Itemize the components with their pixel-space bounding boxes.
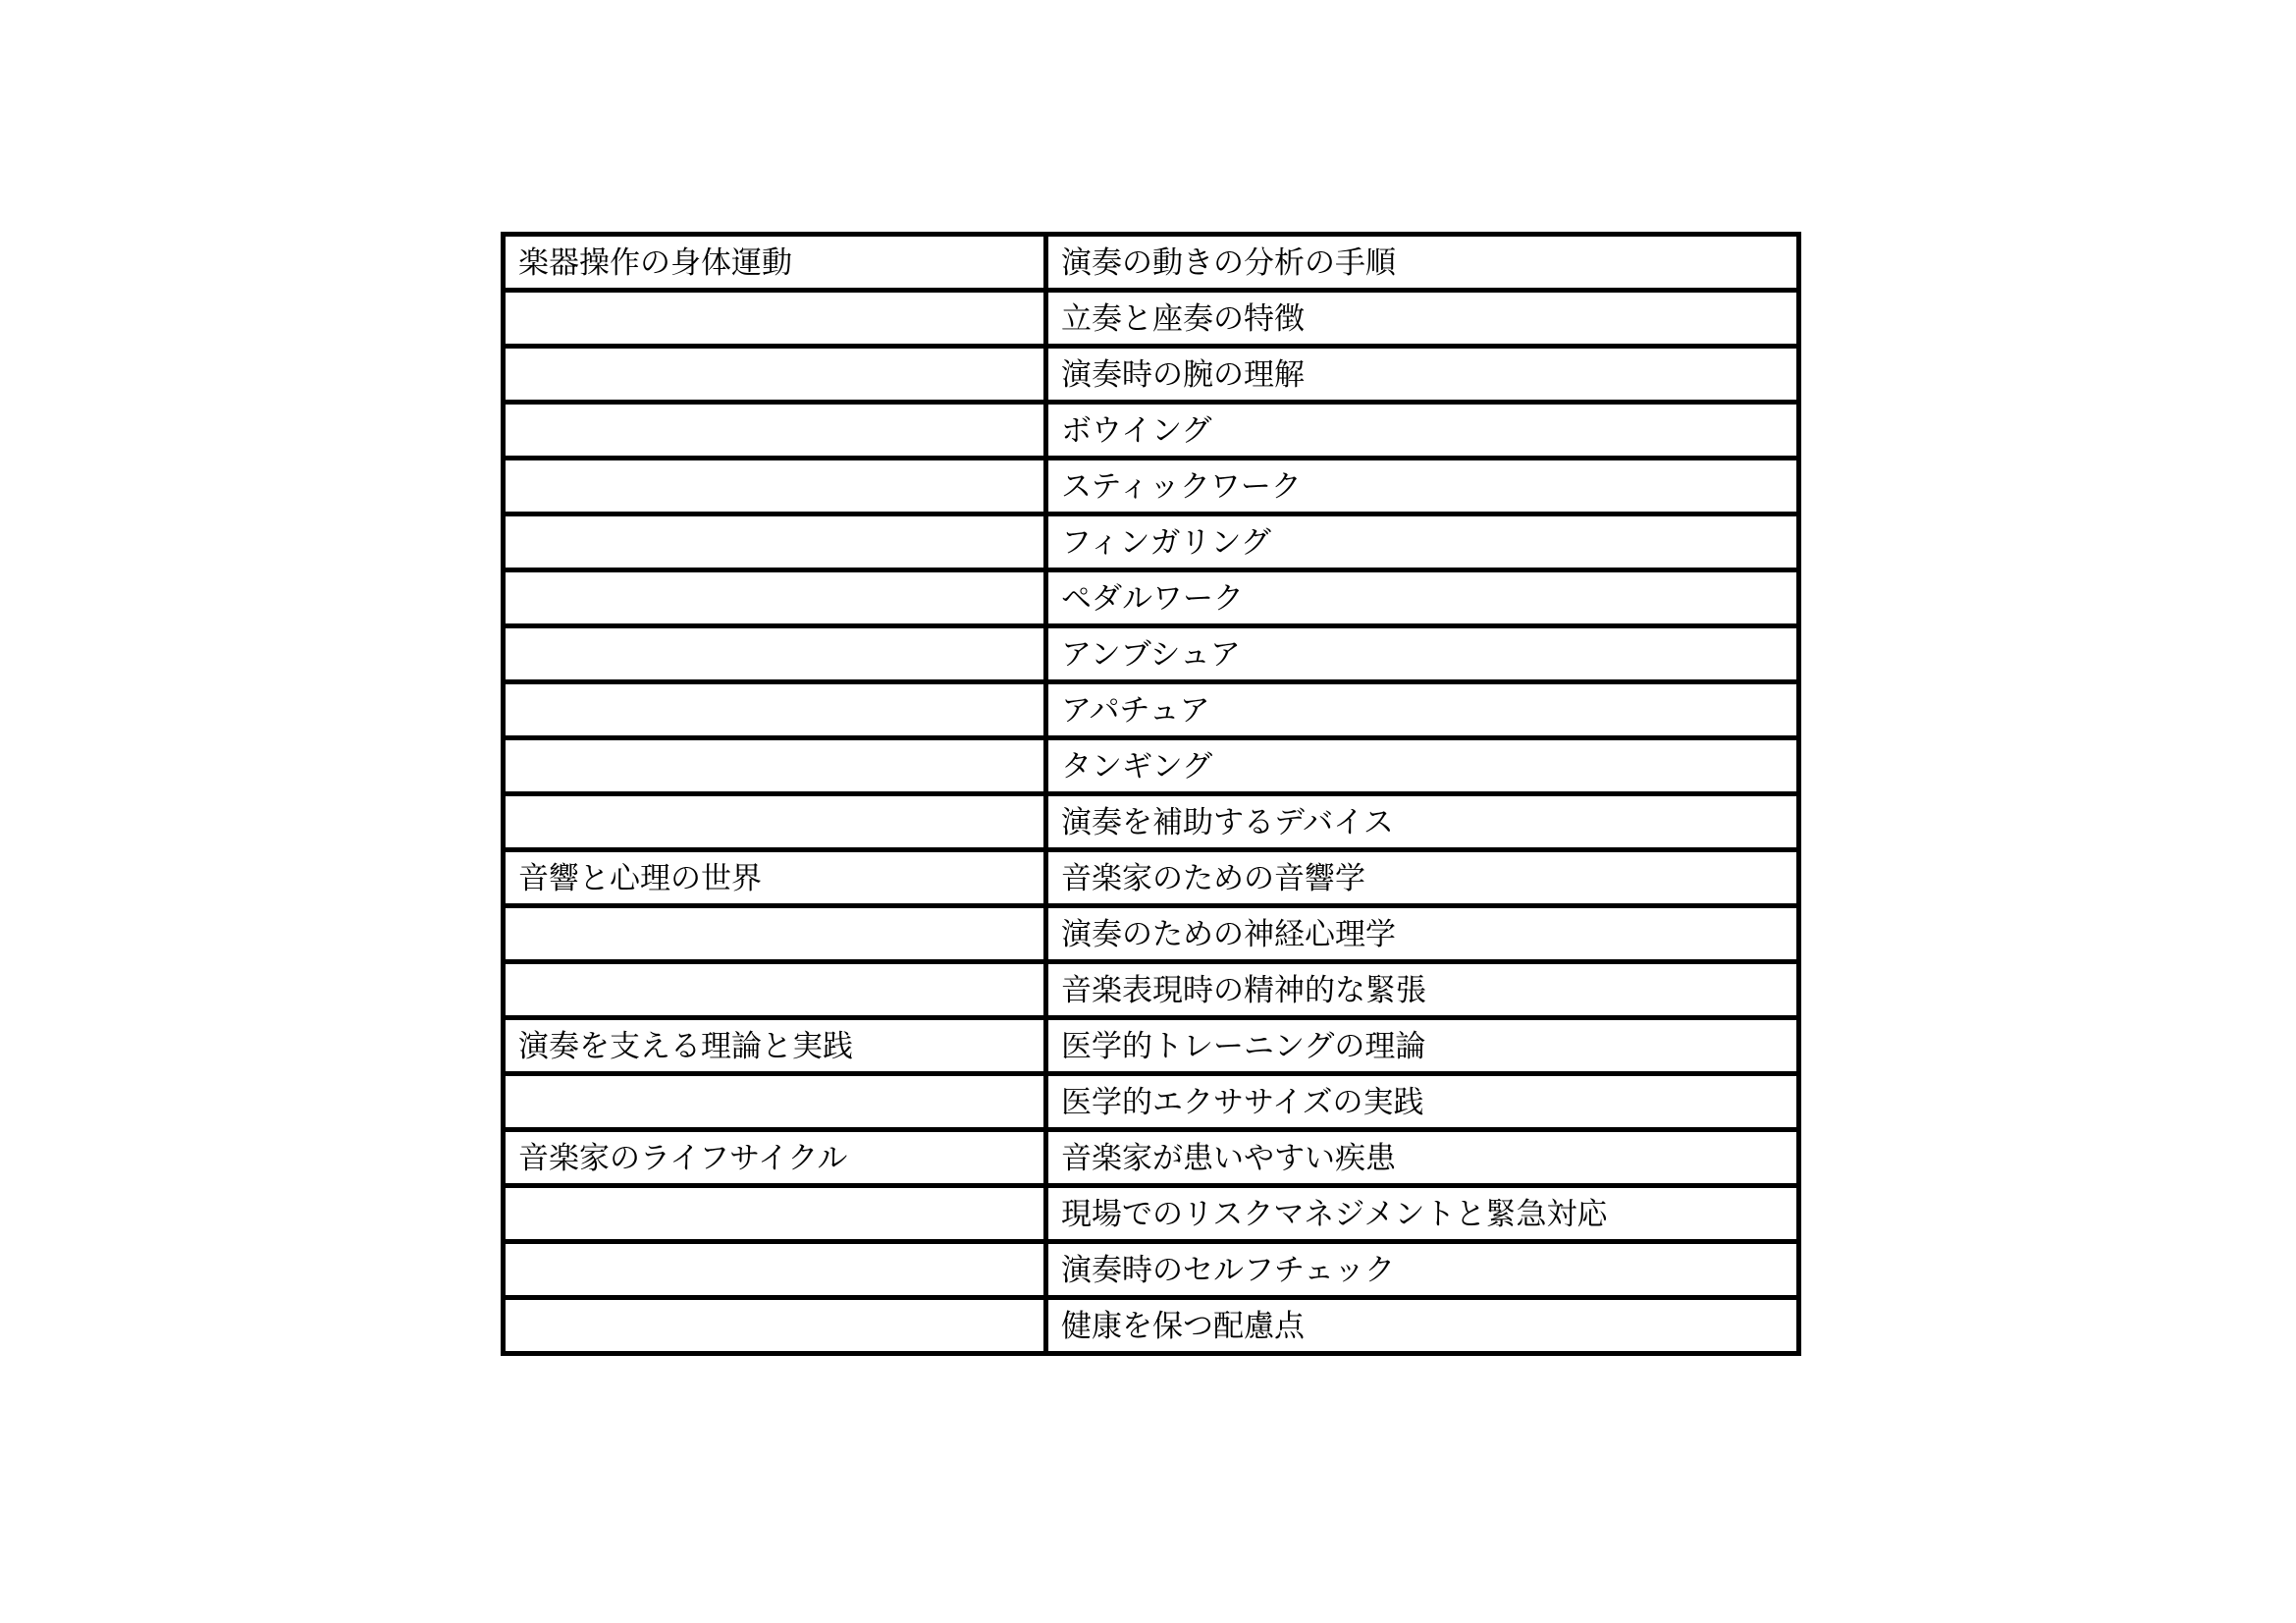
category-cell <box>504 291 1046 347</box>
category-cell <box>504 626 1046 682</box>
table-row: 音響と心理の世界 音楽家のための音響学 <box>504 850 1799 906</box>
table-row: 楽器操作の身体運動 演奏の動きの分析の手順 <box>504 235 1799 291</box>
table-row: 健康を保つ配慮点 <box>504 1298 1799 1354</box>
topic-cell: 演奏時の腕の理解 <box>1046 347 1799 403</box>
category-cell <box>504 794 1046 850</box>
table-row: 演奏を支える理論と実践 医学的トレーニングの理論 <box>504 1018 1799 1074</box>
category-cell <box>504 570 1046 626</box>
category-cell <box>504 403 1046 459</box>
topic-cell: 演奏のための神経心理学 <box>1046 906 1799 962</box>
topic-cell: 演奏の動きの分析の手順 <box>1046 235 1799 291</box>
topic-cell: 演奏時のセルフチェック <box>1046 1242 1799 1298</box>
table-row: 音楽表現時の精神的な緊張 <box>504 962 1799 1018</box>
category-cell <box>504 738 1046 794</box>
table-row: 音楽家のライフサイクル 音楽家が患いやすい疾患 <box>504 1130 1799 1186</box>
topic-cell: アパチュア <box>1046 682 1799 738</box>
topic-cell: 立奏と座奏の特徴 <box>1046 291 1799 347</box>
category-cell: 演奏を支える理論と実践 <box>504 1018 1046 1074</box>
topic-cell: フィンガリング <box>1046 514 1799 570</box>
category-cell <box>504 347 1046 403</box>
category-cell <box>504 1242 1046 1298</box>
topic-cell: ペダルワーク <box>1046 570 1799 626</box>
topic-cell: タンギング <box>1046 738 1799 794</box>
table-row: 演奏のための神経心理学 <box>504 906 1799 962</box>
table-row: ボウイング <box>504 403 1799 459</box>
category-cell <box>504 906 1046 962</box>
category-cell <box>504 962 1046 1018</box>
category-cell <box>504 1186 1046 1242</box>
category-cell: 音響と心理の世界 <box>504 850 1046 906</box>
topic-cell: 演奏を補助するデバイス <box>1046 794 1799 850</box>
topic-cell: スティックワーク <box>1046 459 1799 514</box>
table-row: 演奏を補助するデバイス <box>504 794 1799 850</box>
table-row: アパチュア <box>504 682 1799 738</box>
topic-cell: ボウイング <box>1046 403 1799 459</box>
category-cell <box>504 682 1046 738</box>
table-row: 演奏時のセルフチェック <box>504 1242 1799 1298</box>
topic-cell: 医学的エクササイズの実践 <box>1046 1074 1799 1130</box>
table-row: 現場でのリスクマネジメントと緊急対応 <box>504 1186 1799 1242</box>
table-row: アンブシュア <box>504 626 1799 682</box>
topic-cell: 音楽家が患いやすい疾患 <box>1046 1130 1799 1186</box>
category-cell <box>504 459 1046 514</box>
table-row: ペダルワーク <box>504 570 1799 626</box>
document-page: 楽器操作の身体運動 演奏の動きの分析の手順 立奏と座奏の特徴 演奏時の腕の理解 … <box>0 0 2296 1623</box>
topic-cell: 現場でのリスクマネジメントと緊急対応 <box>1046 1186 1799 1242</box>
table-row: 立奏と座奏の特徴 <box>504 291 1799 347</box>
table-row: 医学的エクササイズの実践 <box>504 1074 1799 1130</box>
category-cell: 音楽家のライフサイクル <box>504 1130 1046 1186</box>
category-cell <box>504 1298 1046 1354</box>
contents-table: 楽器操作の身体運動 演奏の動きの分析の手順 立奏と座奏の特徴 演奏時の腕の理解 … <box>501 232 1801 1356</box>
topic-cell: 健康を保つ配慮点 <box>1046 1298 1799 1354</box>
table-row: タンギング <box>504 738 1799 794</box>
topic-cell: 音楽表現時の精神的な緊張 <box>1046 962 1799 1018</box>
topic-cell: アンブシュア <box>1046 626 1799 682</box>
category-cell: 楽器操作の身体運動 <box>504 235 1046 291</box>
table-row: 演奏時の腕の理解 <box>504 347 1799 403</box>
category-cell <box>504 1074 1046 1130</box>
table-row: スティックワーク <box>504 459 1799 514</box>
category-cell <box>504 514 1046 570</box>
topic-cell: 医学的トレーニングの理論 <box>1046 1018 1799 1074</box>
table-row: フィンガリング <box>504 514 1799 570</box>
topic-cell: 音楽家のための音響学 <box>1046 850 1799 906</box>
